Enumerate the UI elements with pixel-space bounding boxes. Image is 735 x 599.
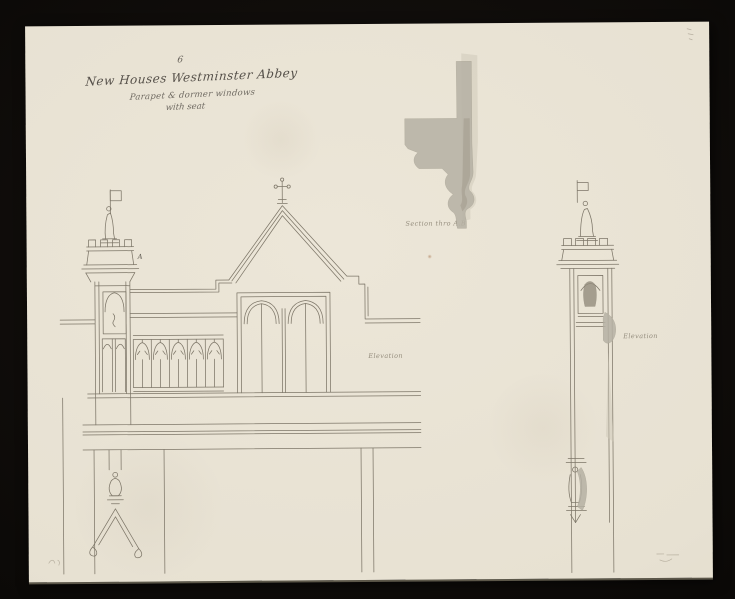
drawing-sheet: 6 New Houses Westminster Abbey Parapet &…	[25, 22, 713, 583]
parapet-tracery-drawing	[133, 335, 223, 392]
gable-dormer-drawing	[129, 177, 420, 394]
corner-pencil-marks	[45, 29, 697, 566]
cornice-lines-drawing	[63, 392, 422, 574]
photographed-architectural-drawing: { "inscriptions": { "number_top": "6", "…	[0, 0, 735, 599]
pinnacle-statue-drawing	[59, 190, 140, 426]
line-art-overlay	[25, 22, 713, 583]
section-profile-wash	[404, 53, 478, 229]
hood-mould-detail-drawing	[89, 472, 142, 558]
side-elevation-drawing	[556, 180, 621, 572]
